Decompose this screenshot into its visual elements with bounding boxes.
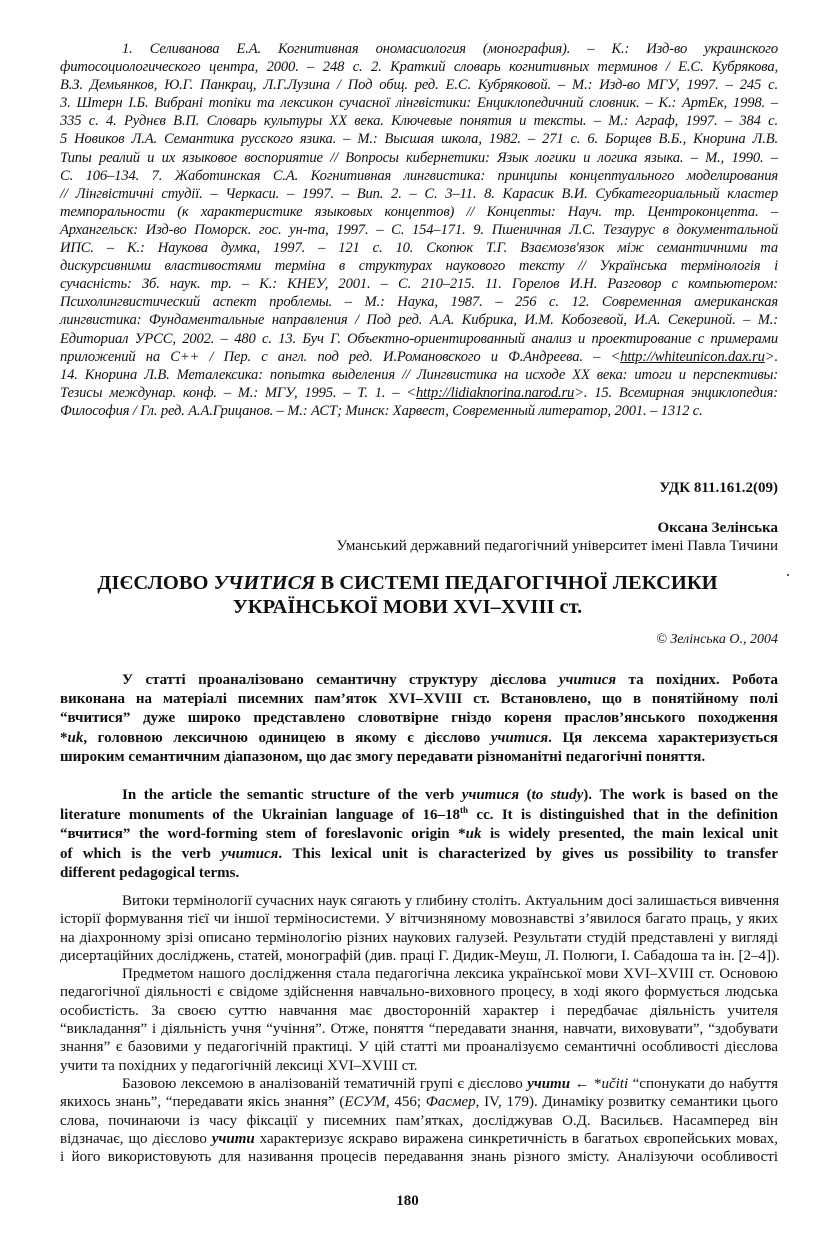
reference-line: приложений на С++ / Пер. с англ. под ред… <box>60 348 778 366</box>
body-line: на діахронному зрізі описано термінологі… <box>60 929 778 947</box>
reference-line: сучасність: Зб. наук. тр. – К.: КНЕУ, 20… <box>60 275 778 293</box>
reference-line: 14. Кнорина Л.В. Металексика: попытка вы… <box>60 366 778 384</box>
document-page: 1. Селиванова Е.А. Когнитивная ономасиол… <box>0 0 815 1240</box>
abstract-line: широким семантичним діапазоном, що дає з… <box>60 748 778 767</box>
body-line: Предметом нашого дослідження стала педаг… <box>60 965 778 983</box>
body-line: і його використовують для називання проц… <box>60 1148 778 1166</box>
reference-line: В.З. Демьянков, Ю.Г. Панкрац, Л.Г.Лузина… <box>60 76 778 94</box>
author-name: Оксана Зелінська <box>658 520 778 537</box>
abstract-line: of which is the verb учитися. This lexic… <box>60 845 778 865</box>
reference-line: темпоральности (к характеристике языковы… <box>60 203 778 221</box>
author-affiliation: Уманський державний педагогічний універс… <box>337 538 778 555</box>
reference-line: Философия / Гл. ред. А.А.Грицанов. – М.:… <box>60 402 778 420</box>
reference-line: С. 106–134. 7. Жаботинская С.А. Когнитив… <box>60 167 778 185</box>
reference-line: // Лінгвістичні студії. – Черкаси. – 199… <box>60 185 778 203</box>
reference-line: Едиториал УРСС, 2002. – 480 с. 13. Буч Г… <box>60 330 778 348</box>
references-list: 1. Селиванова Е.А. Когнитивная ономасиол… <box>60 40 778 420</box>
page-number: 180 <box>0 1193 815 1210</box>
reference-link[interactable]: http://lidiaknorina.narod.ru <box>416 385 574 401</box>
reference-line: 5 Новиков Л.А. Семантика русского язика.… <box>60 130 778 148</box>
reference-line: Психолингвистический аспект проблемы. – … <box>60 293 778 311</box>
body-line: відзначає, що дієслово учити характеризу… <box>60 1130 778 1148</box>
reference-line: 1. Селиванова Е.А. Когнитивная ономасиол… <box>60 40 778 58</box>
body-line: педагогічної діяльності є свідоме здійсн… <box>60 983 778 1001</box>
reference-line: 335 с. 4. Руднєв В.П. Словарь культуры Х… <box>60 112 778 130</box>
abstract-line: виконана на матеріалі писемних пам’яток … <box>60 690 778 709</box>
reference-line: Тезисы междунар. конф. – М.: МГУ, 1995. … <box>60 384 778 402</box>
abstract-line: In the article the semantic structure of… <box>60 786 778 806</box>
body-line: Базовою лексемою в аналізованій тематичн… <box>60 1075 778 1093</box>
copyright-note: © Зелінська О., 2004 <box>656 632 778 648</box>
reference-line: ИПС. – К.: Наукова думка, 1997. – 121 с.… <box>60 239 778 257</box>
reference-line: дискурсивними властивостями терміна в ст… <box>60 257 778 275</box>
reference-line: Типы реалий и их языковое воспориятие //… <box>60 149 778 167</box>
reference-line: 3. Штерн І.Б. Вибрані топіки та лексикон… <box>60 94 778 112</box>
abstract-line: different pedagogical terms. <box>60 864 778 884</box>
reference-line: фитосоциологического центра, 2000. – 248… <box>60 58 778 76</box>
abstract-ukrainian: У статті проаналізовано семантичну струк… <box>60 671 778 767</box>
article-title: ДІЄСЛОВО УЧИТИСЯ В СИСТЕМІ ПЕДАГОГІЧНОЇ … <box>0 571 815 619</box>
abstract-english: In the article the semantic structure of… <box>60 786 778 884</box>
abstract-line: “вчитися” дуже широко представлено слово… <box>60 709 778 728</box>
body-line: “викладання” і діяльність учня “учіння”.… <box>60 1020 778 1038</box>
body-line: дисертаційних досліджень, статей, моногр… <box>60 947 778 965</box>
body-line: історії формування тієї чи іншої терміно… <box>60 910 778 928</box>
body-text: Витоки термінології сучасних наук сягают… <box>60 892 778 1166</box>
body-line: знання” є базовими у педагогічній практи… <box>60 1038 778 1056</box>
abstract-line: “вчитися” the word-forming stem of fores… <box>60 825 778 845</box>
reference-link[interactable]: http://whiteunicon.dax.ru <box>620 349 765 365</box>
title-line-1: ДІЄСЛОВО УЧИТИСЯ В СИСТЕМІ ПЕДАГОГІЧНОЇ … <box>0 571 815 595</box>
abstract-line: У статті проаналізовано семантичну струк… <box>60 671 778 690</box>
body-line: Витоки термінології сучасних наук сягают… <box>60 892 778 910</box>
body-line: учити та похідних у педагогічній лексиці… <box>60 1057 778 1075</box>
body-line: якихось знань”, “передавати якісь знання… <box>60 1093 778 1111</box>
abstract-line: *uk, головною лексичною одиницею в якому… <box>60 729 778 748</box>
title-line-2: УКРАЇНСЬКОЇ МОВИ XVI–XVIII ст. <box>0 595 815 619</box>
abstract-line: literature monuments of the Ukrainian la… <box>60 806 778 826</box>
udk-code: УДК 811.161.2(09) <box>659 480 778 497</box>
reference-line: лингвистика: Фундаментальные направления… <box>60 311 778 329</box>
reference-line: Архангельск: Изд-во Поморск. гос. ун-та,… <box>60 221 778 239</box>
body-line: особистість. За своєю суттю навчання має… <box>60 1002 778 1020</box>
scan-speck <box>787 574 789 576</box>
body-line: слова, починаючи із часу фіксації у писе… <box>60 1112 778 1130</box>
